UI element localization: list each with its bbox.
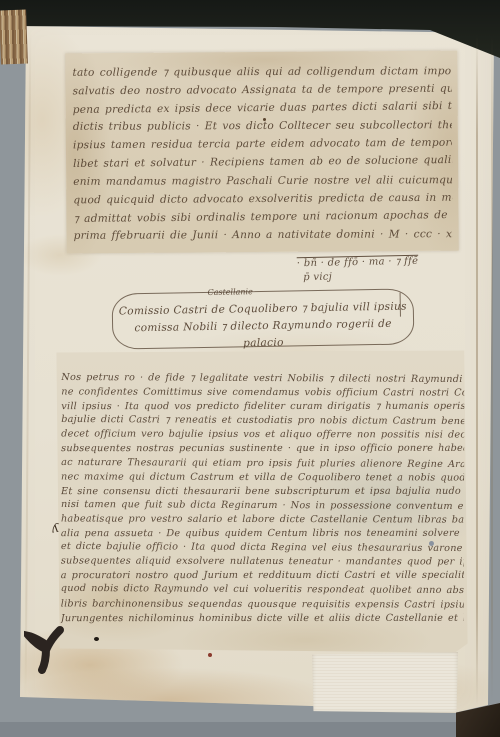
manuscript-line: tato colligende ⁊ quibusque aliis qui ad… <box>72 62 451 82</box>
manuscript-line: alia pena assueta · De quibus quidem Cen… <box>61 527 464 541</box>
manuscript-line: Et sine consensu dicti thesaurarii bene … <box>61 485 464 499</box>
manuscript-line: libris barchinonensibus sequendas quousq… <box>61 597 464 612</box>
manuscript-line: Nos petrus ro · de fide ⁊ legalitate ves… <box>61 371 464 387</box>
manuscript-line: ac naturare Thesaurarii qui etiam pro ip… <box>61 456 464 472</box>
manuscript-line: bajulie dicti Castri ⁊ reneatis et custo… <box>61 413 464 429</box>
ink-speck-black <box>94 637 99 641</box>
manuscript-line: decet officium vero bajulie ipsius vos e… <box>61 428 464 443</box>
manuscript-line: nisi tamen que fuit sub dicta Reginarum … <box>61 498 464 514</box>
ink-speck-brown <box>263 118 266 121</box>
manuscript-line: nec maxime qui dictum Castrum et villa d… <box>61 470 464 485</box>
manuscript-line: quod nobis dicto Raymundo vel cui voluer… <box>61 582 464 598</box>
manuscript-line: et dicte bajulie officio · Ita quod dict… <box>61 540 464 556</box>
manuscript-line: Jurungentes nichilominus hominibus dicte… <box>61 611 464 625</box>
cartouche-line: comissa Nobili ⁊ dilecto Raymundo rogeri… <box>113 315 414 354</box>
manuscript-line: subsequentes nostras pecunias sustinente… <box>61 442 464 456</box>
ink-speck-red <box>208 653 212 657</box>
manuscript-line: enim mandamus magistro Paschali Curie no… <box>73 171 452 191</box>
manuscript-photo: tato colligende ⁊ quibusque aliis qui ad… <box>0 0 500 737</box>
page-crease <box>491 36 493 704</box>
page-crease <box>476 34 478 706</box>
margin-mark: ʎ <box>51 520 62 534</box>
pasted-slip-top: tato colligende ⁊ quibusque aliis qui ad… <box>65 51 458 254</box>
table-edge-strip <box>0 722 500 737</box>
manuscript-line: ne confidentes Comittimus sive comendamu… <box>61 386 464 401</box>
title-cartouche: Castellanie Comissio Castri de Coquolibe… <box>112 288 415 349</box>
manuscript-line: habeatisque pro vestro salario et labore… <box>61 512 464 527</box>
cartouche-end-stroke <box>399 293 401 317</box>
manuscript-line: libet stari et solvatur · Recipiens tame… <box>73 151 452 173</box>
ink-speck-gray <box>429 541 434 546</box>
ink-blot <box>24 624 66 674</box>
manuscript-line: subsequentes aliquid exsolvere nullatenu… <box>61 555 464 570</box>
pasted-document-main: Nos petrus ro · de fide ⁊ legalitate ves… <box>56 349 469 652</box>
signature-line: · bñ · de ffō · ma · ⁊ ffē <box>297 255 419 272</box>
signature-block: · bñ · de ffō · ma · ⁊ ffē p̄ vicj <box>297 255 419 286</box>
manuscript-line: prima ffebruarii die Junii · Anno a nati… <box>74 225 453 245</box>
repair-patch <box>312 652 458 713</box>
cartouche-superscript: Castellanie <box>204 287 255 297</box>
signature-line: p̄ vicj <box>297 269 419 286</box>
book-edge-stack <box>0 10 28 65</box>
